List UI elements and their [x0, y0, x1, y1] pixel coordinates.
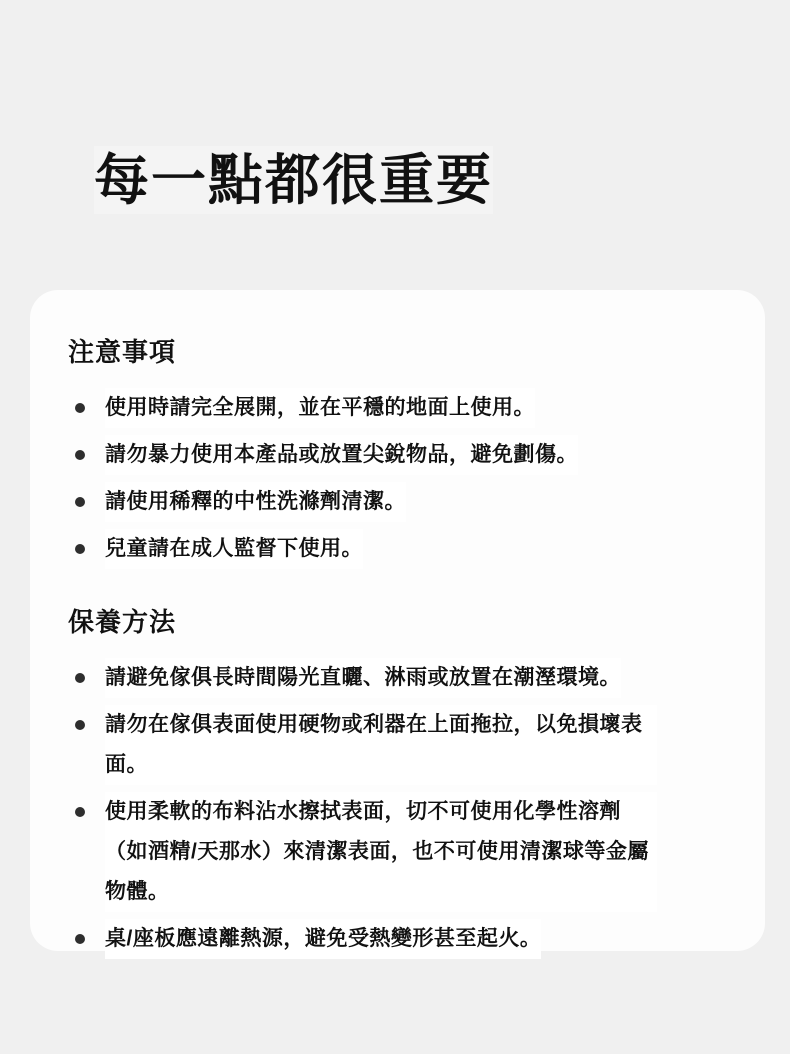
bullet-text: 請勿暴力使用本產品或放置尖銳物品，避免劃傷。	[105, 435, 578, 475]
notice-card: 注意事項 使用時請完全展開，並在平穩的地面上使用。 請勿暴力使用本產品或放置尖銳…	[30, 290, 765, 951]
bullet-icon	[75, 403, 85, 413]
bullet-icon	[75, 544, 85, 554]
list-item: 請使用稀釋的中性洗滌劑清潔。	[68, 482, 735, 522]
bullet-text: 兒童請在成人監督下使用。	[105, 529, 363, 569]
bullet-icon	[75, 720, 85, 730]
bullet-text: 請勿在傢俱表面使用硬物或利器在上面拖拉，以免損壞表面。	[105, 705, 657, 785]
list-item: 兒童請在成人監督下使用。	[68, 529, 735, 569]
bullet-icon	[75, 497, 85, 507]
list-item: 使用時請完全展開，並在平穩的地面上使用。	[68, 388, 735, 428]
page: { "page": { "title": "每一點都很重要" }, "color…	[0, 0, 790, 1054]
list-item: 使用柔軟的布料沾水擦拭表面，切不可使用化學性溶劑（如酒精/天那水）來清潔表面，也…	[68, 792, 735, 912]
section-title-maintenance: 保養方法	[68, 606, 735, 638]
bullet-icon	[75, 450, 85, 460]
maintenance-list: 請避免傢俱長時間陽光直曬、淋雨或放置在潮溼環境。 請勿在傢俱表面使用硬物或利器在…	[68, 658, 735, 959]
bullet-text: 請使用稀釋的中性洗滌劑清潔。	[105, 482, 406, 522]
page-title: 每一點都很重要	[94, 146, 493, 214]
bullet-icon	[75, 934, 85, 944]
list-item: 請避免傢俱長時間陽光直曬、淋雨或放置在潮溼環境。	[68, 658, 735, 698]
list-item: 請勿在傢俱表面使用硬物或利器在上面拖拉，以免損壞表面。	[68, 705, 735, 785]
bullet-text: 使用柔軟的布料沾水擦拭表面，切不可使用化學性溶劑（如酒精/天那水）來清潔表面，也…	[105, 792, 657, 912]
bullet-text: 桌/座板應遠離熱源，避免受熱變形甚至起火。	[105, 919, 541, 959]
list-item: 請勿暴力使用本產品或放置尖銳物品，避免劃傷。	[68, 435, 735, 475]
section-title-precautions: 注意事項	[68, 336, 735, 368]
list-item: 桌/座板應遠離熱源，避免受熱變形甚至起火。	[68, 919, 735, 959]
precautions-list: 使用時請完全展開，並在平穩的地面上使用。 請勿暴力使用本產品或放置尖銳物品，避免…	[68, 388, 735, 569]
bullet-icon	[75, 673, 85, 683]
bullet-icon	[75, 807, 85, 817]
bullet-text: 請避免傢俱長時間陽光直曬、淋雨或放置在潮溼環境。	[105, 658, 621, 698]
bullet-text: 使用時請完全展開，並在平穩的地面上使用。	[105, 388, 535, 428]
